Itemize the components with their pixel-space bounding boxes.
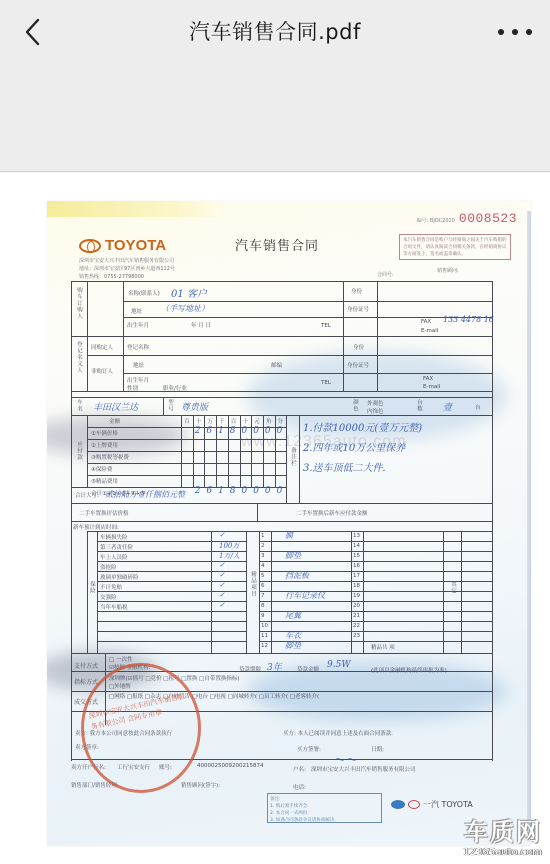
- grid-line: [87, 451, 286, 452]
- vehicle-model-label: 型号: [166, 399, 174, 412]
- top-navigation-bar: 汽车销售合同.pdf: [0, 0, 550, 172]
- buyer-idcard-label: 身份证号: [347, 305, 369, 313]
- accessory-number: 11: [261, 633, 268, 639]
- company-info: 深圳市宝安大兴丰田汽车销售服务有限公司 地址：深圳市宝安区97区西乡大道西112…: [79, 257, 219, 281]
- payment-digit: 8: [230, 486, 236, 496]
- digit-header: 分: [278, 417, 284, 425]
- accessory-number: 7: [261, 593, 265, 599]
- payment-digit: 0: [265, 426, 271, 436]
- grid-line: [286, 415, 287, 487]
- insurance-item-value: ✓: [219, 571, 225, 579]
- registrant-birth-label: 出生年月: [127, 376, 149, 384]
- not-buyer-label: 非购订人: [91, 367, 113, 375]
- remark-line-3: 3.送车顶低二大件.: [303, 459, 386, 474]
- pdf-viewer-app: 汽车销售合同.pdf TOYOTA 深圳市宝安大兴丰田汽车销售服务有限公司 地址…: [0, 0, 550, 864]
- payment-digit: 0: [265, 486, 271, 496]
- accessory-item: 行车记录仪: [285, 590, 325, 601]
- toyota-emblem-icon: [79, 239, 101, 253]
- vehicle-qty-label: 台数: [415, 399, 423, 412]
- buyer-fax-label: FAX: [421, 319, 431, 325]
- accessory-number: 4: [261, 563, 265, 569]
- insurance-item-label: 不计免赔: [100, 583, 122, 591]
- grid-line: [97, 611, 246, 612]
- insurance-item-label: 交强险: [100, 593, 117, 601]
- buyer-date-label: 日期:: [371, 745, 384, 753]
- account-name-value: 深圳市宝安大兴丰田汽车销售服务有限公司: [311, 765, 416, 773]
- exterior-color-label: 外观色: [367, 399, 384, 407]
- grid-line: [259, 621, 493, 622]
- accessory-number: 19: [353, 593, 360, 599]
- footer-notice-line: 2. 本合同一式两份.: [270, 810, 379, 817]
- vehicle-model-value: 尊贵版: [181, 400, 208, 413]
- contract-notice-box: 本汽车销售合同是购户与经销商之间关于汽车购销的合同文件，请认真阅读合同相关条款，…: [399, 234, 511, 260]
- payment-item-label: ②上牌费用: [91, 441, 118, 449]
- buyer-name-label: 名称(联系人): [128, 289, 160, 297]
- registrant-section-label: 登记名义人: [75, 341, 83, 374]
- accessory-item: 脚垫: [285, 640, 301, 651]
- insurance-item-label: 玻璃单独破碎险: [100, 573, 139, 581]
- payment-digit: 1: [218, 426, 224, 436]
- brand-name: TOYOTA: [105, 237, 166, 254]
- toyota-emblem-icon: [408, 800, 420, 809]
- sales-consultant-label: 销售顾问:: [437, 267, 459, 274]
- delivery-time-label: 新车预计到店时间:: [73, 523, 119, 531]
- company-address: 地址：深圳市宝安区97区西乡大道西112号: [79, 265, 219, 273]
- more-horizontal-icon: [498, 29, 504, 35]
- faw-toyota-logo: 一汽 TOYOTA: [391, 799, 473, 810]
- footer-notice-line: 备注:: [270, 796, 379, 803]
- accessories-total-label: 精品共 项: [371, 643, 395, 651]
- loan-note: (此项以金融机构最终审批为准): [371, 666, 447, 674]
- grid-line: [259, 541, 493, 542]
- site-watermark-name: 车质网: [463, 812, 542, 847]
- accessory-number: 9: [261, 613, 265, 619]
- same-as-buyer-label: 同购定人: [91, 343, 113, 351]
- buyer-fax-value: 133 4478 16: [443, 315, 494, 324]
- payment-item-label: ④保险费: [91, 465, 112, 473]
- contract-page-scan[interactable]: TOYOTA 深圳市宝安大兴丰田汽车销售服务有限公司 地址：深圳市宝安区97区西…: [47, 201, 531, 846]
- payment-digit: 2: [195, 426, 201, 436]
- accessory-number: 13: [353, 533, 360, 539]
- registrant-idcard-label: 身份证号: [347, 361, 369, 369]
- payment-item-label: ③购置税等税费: [91, 453, 129, 461]
- accessory-number: 10: [261, 623, 268, 629]
- paper-edge-shadow: [527, 211, 531, 831]
- grid-line: [87, 475, 286, 476]
- remark-line-2: 2.四年或10万公里保养: [303, 439, 405, 454]
- document-title: 汽车销售合同.pdf: [0, 16, 550, 46]
- registration-name-label: 登记名称: [127, 343, 149, 351]
- insurance-section-label: 保险: [88, 581, 96, 594]
- serial-number: 编号: BJDC2020 0008523: [417, 211, 517, 226]
- buyer-birth-label: 出生年月: [127, 321, 149, 329]
- contract-no-label: 合同号:: [377, 271, 394, 278]
- insurance-item-label: 车辆损失险: [100, 533, 128, 541]
- vehicle-color-label: 颜色: [351, 399, 359, 412]
- toyota-logo: TOYOTA: [79, 237, 166, 254]
- buyer-address-value: （手写地址）: [161, 303, 209, 314]
- buyer-birth-value: 年 月 日: [191, 321, 211, 329]
- accessory-number: 22: [353, 623, 360, 629]
- interior-color-label: 内饰色: [367, 407, 384, 415]
- payment-digit: 6: [206, 486, 212, 496]
- sales-consultant-sign-label: 销售顾问(签字):: [181, 781, 220, 789]
- registrant-id-label: 身份: [353, 343, 364, 351]
- buyer-statement: 买方: 本人已阅读并同意上述及右面合同条款.: [283, 729, 393, 737]
- buyer-address-label: 地址: [131, 307, 142, 315]
- accessory-number: 21: [353, 613, 360, 619]
- contract-title: 汽车销售合同: [235, 235, 319, 254]
- insurance-item-label: 第三者责任险: [100, 543, 133, 551]
- grid-line: [259, 561, 493, 562]
- more-dot: [526, 29, 532, 35]
- footer-notice-line: 3. 如遇合同条款争议请协商解决.: [270, 817, 379, 824]
- trade-in-appraisal-label: 二手车置换评估价格: [79, 509, 129, 517]
- accessory-number: 14: [353, 543, 360, 549]
- more-options-button[interactable]: [498, 22, 532, 42]
- accessory-item: 脚垫: [285, 550, 301, 561]
- seller-account-value: 4000025009200215874: [197, 763, 264, 769]
- faw-emblem-icon: [391, 800, 405, 809]
- vehicle-name-value: 丰田汉兰达: [93, 400, 138, 413]
- company-hotline: 销售热线：0755-27798000: [79, 273, 219, 281]
- insurance-item-label: 盗抢险: [100, 563, 117, 571]
- buyer-id-label: 身份: [351, 287, 362, 295]
- accessory-number: 12: [261, 643, 268, 649]
- more-dot: [512, 29, 518, 35]
- footer-notice-box: 备注: 1. 购后须手续齐全. 2. 本合同一式两份. 3. 如遇合同条款争议请…: [267, 793, 382, 823]
- payment-digit: 2: [195, 486, 201, 496]
- accessory-number: 23: [353, 633, 360, 639]
- payment-digit: 1: [218, 486, 224, 496]
- payment-digit: 0: [253, 426, 259, 436]
- insurance-item-label: 当年车船税: [100, 603, 128, 611]
- payment-section-label: 应付款: [75, 441, 83, 461]
- digit-header: 千: [219, 417, 225, 425]
- accessory-number: 18: [353, 583, 360, 589]
- pdf-viewer-area[interactable]: TOYOTA 深圳市宝安大兴丰田汽车销售服务有限公司 地址：深圳市宝安区97区西…: [0, 173, 550, 864]
- digit-header: 百: [184, 417, 190, 425]
- footer-brand-text: 一汽 TOYOTA: [423, 799, 473, 810]
- serial-label: 编号: BJDC2020: [417, 217, 455, 224]
- accessory-number: 3: [261, 553, 265, 559]
- paper-yellow-strip: [47, 201, 227, 217]
- grid-line: [97, 641, 246, 642]
- loan-amount-value: 9.5W: [327, 660, 351, 670]
- payment-digit: 6: [206, 426, 212, 436]
- other-label: 其它: [449, 581, 457, 594]
- payment-digit: 0: [277, 426, 283, 436]
- insurance-item-value: ✓: [219, 561, 225, 569]
- buyer-name-value: 01 客户: [171, 285, 207, 300]
- payment-digit: 0: [253, 486, 259, 496]
- buyer-section-label: 购车订购人: [75, 287, 83, 320]
- payment-digit: 0: [242, 426, 248, 436]
- grid-line: [97, 621, 246, 622]
- payment-digit: 0: [242, 486, 248, 496]
- accessory-number: 20: [353, 603, 360, 609]
- digit-header: 十: [196, 417, 202, 425]
- digit-header: 元: [254, 417, 260, 425]
- accessories-section-label: 精品项目: [249, 571, 257, 597]
- insurance-item-value: 1万/人: [219, 551, 240, 561]
- payment-digit: 8: [230, 426, 236, 436]
- payment-item-label: 合计①+②+③+④+⑤: [91, 489, 145, 497]
- accessory-number: 17: [353, 573, 360, 579]
- amount-header: 金额: [109, 417, 120, 425]
- footer-notice-line: 1. 购后须手续齐全.: [270, 803, 379, 810]
- insurance-item-value: ✓: [219, 601, 225, 609]
- insurance-item-label: 车上人员险: [100, 553, 128, 561]
- plate-method-label: 指标方式: [74, 677, 98, 686]
- grid-line: [87, 463, 286, 464]
- registrant-tel-label: TEL: [321, 380, 331, 386]
- payment-item-label: ①车辆价格: [91, 429, 118, 437]
- phone-label: 电话:: [293, 783, 306, 791]
- registrant-email-label: E-mail: [423, 384, 440, 390]
- registrant-fax-label: FAX: [423, 376, 433, 382]
- grid-line: [97, 631, 246, 632]
- accessory-item: 膜: [285, 530, 293, 541]
- grid-line: [259, 601, 493, 602]
- grid-line: [259, 581, 493, 582]
- grid-line: [87, 439, 286, 440]
- vehicle-qty-value: 壹: [443, 400, 452, 413]
- accessory-number: 8: [261, 603, 265, 609]
- payment-digit: 0: [277, 486, 283, 496]
- vehicle-qty-unit: 台: [475, 403, 481, 411]
- remarks-label: 备注栏: [289, 447, 297, 467]
- serial-value: 0008523: [459, 211, 517, 226]
- buyer-sign-label: 买方签署:: [297, 745, 321, 753]
- digit-header: 万: [207, 417, 213, 425]
- insurance-item-value: 100万: [219, 541, 239, 551]
- payment-option-lump-sum: □ 一次性: [109, 655, 132, 663]
- payment-item-label: ⑤精品费用: [91, 477, 118, 485]
- accessory-number: 16: [353, 563, 360, 569]
- site-watermark-url: 12365auto.com: [463, 847, 542, 858]
- registrant-address-label: 地址: [133, 361, 144, 369]
- company-name: 深圳市宝安大兴丰田汽车销售服务有限公司: [79, 257, 219, 265]
- digit-header: 十: [243, 417, 249, 425]
- remark-line-1: 1.付款10000元(壹万元整): [303, 419, 422, 434]
- accessory-number: 5: [261, 573, 265, 579]
- accessory-number: 1: [261, 533, 265, 539]
- account-name-label: 户名:: [293, 765, 306, 773]
- accessory-number: 15: [353, 553, 360, 559]
- vehicle-name-label: 车名: [75, 399, 83, 412]
- insurance-item-value: ✓: [219, 531, 225, 539]
- trade-in-after-label: 二手车置换后新车应付款金额: [296, 509, 368, 517]
- accessory-item: 尾翼: [285, 610, 301, 621]
- payment-method-label: 支付方式: [74, 661, 98, 670]
- insurance-item-value: ✓: [219, 581, 225, 589]
- insurance-item-value: ✓: [219, 591, 225, 599]
- buyer-email-label: E-mail: [421, 328, 438, 334]
- registrant-postcode-label: 邮编: [271, 361, 282, 369]
- site-watermark: 车质网 12365auto.com: [463, 812, 542, 858]
- digit-header: 角: [266, 417, 272, 425]
- accessory-number: 2: [261, 543, 265, 549]
- buyer-tel-label: TEL: [321, 323, 331, 329]
- digit-header: 百: [231, 417, 237, 425]
- accessory-item: 挡泥板: [285, 570, 309, 581]
- accessory-number: 6: [261, 583, 265, 589]
